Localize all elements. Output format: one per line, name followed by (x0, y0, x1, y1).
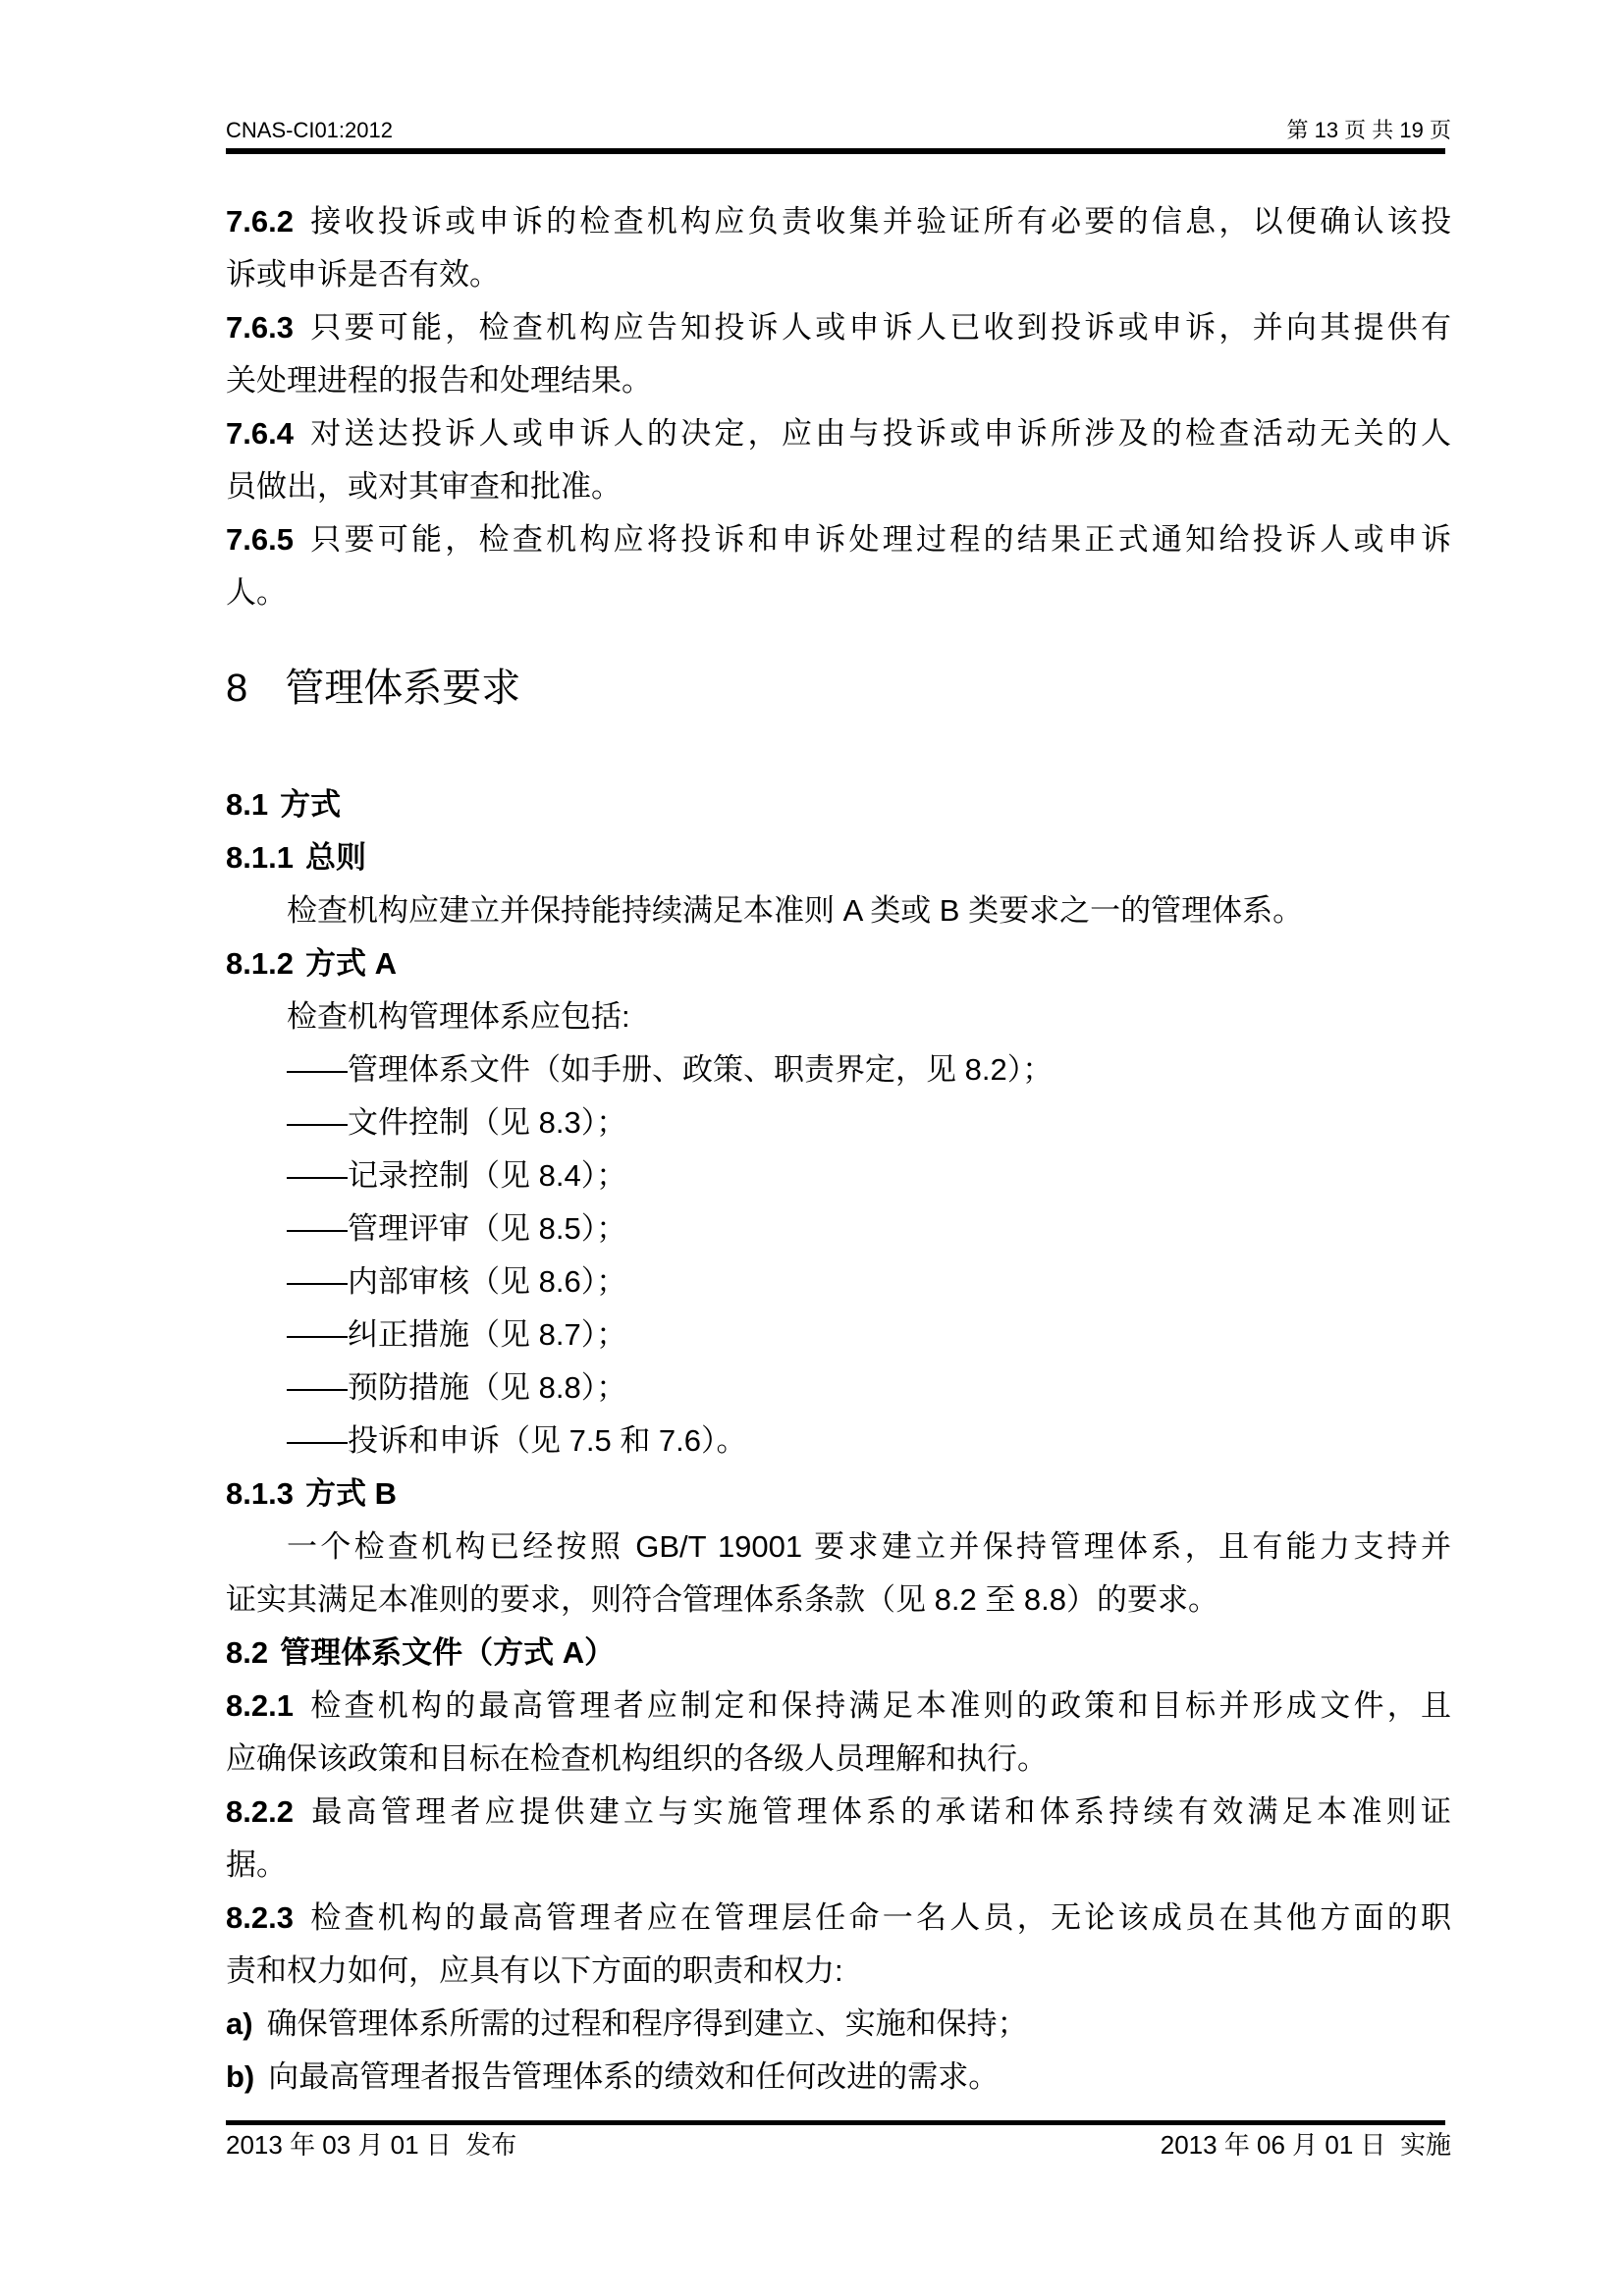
clause-number: 7.6.5 (226, 522, 294, 557)
document-body: 7.6.2接收投诉或申诉的检查机构应负责收集并验证所有必要的信息，以便确认该投诉… (226, 195, 1451, 2104)
heading-number: 8.1 (226, 787, 268, 822)
clause-paragraph: 7.6.5只要可能，检查机构应将投诉和申诉处理过程的结果正式通知给投诉人或申诉人… (226, 513, 1451, 619)
clause-number: 7.6.3 (226, 310, 294, 345)
dash-list-item: ——内部审核（见 8.6）； (226, 1255, 1451, 1308)
clause-number: 7.6.2 (226, 204, 294, 239)
text-line: 检查机构管理体系应包括: (226, 990, 1451, 1043)
clause-paragraph: 7.6.2接收投诉或申诉的检查机构应负责收集并验证所有必要的信息，以便确认该投诉… (226, 195, 1451, 301)
text-line: ——文件控制（见 8.3）； (226, 1096, 1451, 1149)
text-line: ——记录控制（见 8.4）； (226, 1149, 1451, 1202)
clause-number: 7.6.4 (226, 416, 294, 451)
header-rule (226, 148, 1445, 154)
text-line: ——管理体系文件（如手册、政策、职责界定，见 8.2）； (226, 1043, 1451, 1096)
footer-implement-date: 2013 年 06 月 01 日 实施 (1161, 2128, 1451, 2162)
dash-list-item: ——纠正措施（见 8.7）； (226, 1308, 1451, 1362)
dash-list-item: ——管理评审（见 8.5）； (226, 1202, 1451, 1255)
text-line: 责和权力如何，应具有以下方面的职责和权力: (226, 1945, 1451, 1998)
subsection-heading: 8.2管理体系文件（方式 A） (226, 1627, 1451, 1680)
text-line: 8.2.3检查机构的最高管理者应在管理层任命一名人员，无论该成员在其他方面的职 (226, 1892, 1451, 1945)
heading-text: 管理体系要求 (285, 667, 520, 710)
heading-number: 8.1.1 (226, 840, 294, 875)
clause-paragraph: 7.6.4对送达投诉人或申诉人的决定，应由与投诉或申诉所涉及的检查活动无关的人员… (226, 407, 1451, 513)
dash-list-item: ——文件控制（见 8.3）； (226, 1096, 1451, 1149)
clause-paragraph: a)确保管理体系所需的过程和程序得到建立、实施和保持； (226, 1998, 1451, 2051)
footer-rule (226, 2120, 1445, 2125)
text-line: 证实其满足本准则的要求，则符合管理体系条款（见 8.2 至 8.8）的要求。 (226, 1574, 1451, 1627)
dash-list-item: ——预防措施（见 8.8）； (226, 1362, 1451, 1415)
heading-text: 方式 (280, 787, 341, 822)
indent-paragraph: 检查机构应建立并保持能持续满足本准则 A 类或 B 类要求之一的管理体系。 (226, 884, 1451, 937)
text-line: ——管理评审（见 8.5）； (226, 1202, 1451, 1255)
text-line: 关处理进程的报告和处理结果。 (226, 354, 1451, 407)
dash-list-item: ——记录控制（见 8.4）； (226, 1149, 1451, 1202)
dash-list-item: ——投诉和申诉（见 7.5 和 7.6）。 (226, 1415, 1451, 1468)
heading-text: 总则 (305, 840, 366, 875)
text-line: ——内部审核（见 8.6）； (226, 1255, 1451, 1308)
text-line: 8.2.1检查机构的最高管理者应制定和保持满足本准则的政策和目标并形成文件，且 (226, 1680, 1451, 1733)
text-line: ——纠正措施（见 8.7）； (226, 1308, 1451, 1362)
page-header: CNAS-CI01:2012 第 13 页 共 19 页 (226, 116, 1451, 145)
footer-issue-date: 2013 年 03 月 01 日 发布 (226, 2128, 516, 2162)
clause-number: 8.2.2 (226, 1794, 294, 1829)
dash-list-item: ——管理体系文件（如手册、政策、职责界定，见 8.2）； (226, 1043, 1451, 1096)
page-footer: 2013 年 03 月 01 日 发布 2013 年 06 月 01 日 实施 (226, 2128, 1451, 2162)
clause-number: 8.2.3 (226, 1900, 294, 1935)
text-line: 员做出，或对其审查和批准。 (226, 460, 1451, 513)
heading-text: 管理体系文件（方式 A） (280, 1635, 615, 1670)
subsection-heading: 8.1.3方式 B (226, 1468, 1451, 1521)
text-line: ——预防措施（见 8.8）； (226, 1362, 1451, 1415)
clause-paragraph: 7.6.3只要可能，检查机构应告知投诉人或申诉人已收到投诉或申诉，并向其提供有关… (226, 301, 1451, 407)
header-doc-code: CNAS-CI01:2012 (226, 116, 393, 145)
clause-number: b) (226, 2059, 254, 2094)
text-line: 人。 (226, 566, 1451, 619)
text-line: b)向最高管理者报告管理体系的绩效和任何改进的需求。 (226, 2051, 1451, 2104)
heading-text: 方式 A (305, 946, 397, 981)
text-line: 8.2.2最高管理者应提供建立与实施管理体系的承诺和体系持续有效满足本准则证 (226, 1786, 1451, 1839)
heading-number: 8.2 (226, 1635, 268, 1670)
subsection-heading: 8.1方式 (226, 778, 1451, 831)
indent-paragraph: 一个检查机构已经按照 GB/T 19001 要求建立并保持管理体系，且有能力支持… (226, 1521, 1451, 1627)
text-line: 诉或申诉是否有效。 (226, 248, 1451, 301)
heading-number: 8.1.3 (226, 1476, 294, 1511)
text-line: 检查机构应建立并保持能持续满足本准则 A 类或 B 类要求之一的管理体系。 (226, 884, 1451, 937)
text-line: ——投诉和申诉（见 7.5 和 7.6）。 (226, 1415, 1451, 1468)
clause-number: a) (226, 2006, 253, 2041)
subsection-heading: 8.1.1总则 (226, 831, 1451, 884)
clause-number: 8.2.1 (226, 1688, 294, 1723)
clause-paragraph: b)向最高管理者报告管理体系的绩效和任何改进的需求。 (226, 2051, 1451, 2104)
text-line: 7.6.5只要可能，检查机构应将投诉和申诉处理过程的结果正式通知给投诉人或申诉 (226, 513, 1451, 566)
subsection-heading: 8.1.2方式 A (226, 937, 1451, 990)
text-line: 7.6.2接收投诉或申诉的检查机构应负责收集并验证所有必要的信息，以便确认该投 (226, 195, 1451, 248)
text-line: 据。 (226, 1839, 1451, 1892)
section-heading: 8管理体系要求 (226, 661, 1451, 716)
text-line: 应确保该政策和目标在检查机构组织的各级人员理解和执行。 (226, 1733, 1451, 1786)
text-line: a)确保管理体系所需的过程和程序得到建立、实施和保持； (226, 1998, 1451, 2051)
header-page-indicator: 第 13 页 共 19 页 (1286, 116, 1451, 145)
document-page: CNAS-CI01:2012 第 13 页 共 19 页 7.6.2接收投诉或申… (0, 0, 1623, 2296)
text-line: 7.6.3只要可能，检查机构应告知投诉人或申诉人已收到投诉或申诉，并向其提供有 (226, 301, 1451, 354)
clause-paragraph: 8.2.3检查机构的最高管理者应在管理层任命一名人员，无论该成员在其他方面的职责… (226, 1892, 1451, 1998)
text-line: 7.6.4对送达投诉人或申诉人的决定，应由与投诉或申诉所涉及的检查活动无关的人 (226, 407, 1451, 460)
indent-paragraph: 检查机构管理体系应包括: (226, 990, 1451, 1043)
heading-text: 方式 B (305, 1476, 397, 1511)
heading-number: 8 (226, 667, 247, 710)
clause-paragraph: 8.2.2最高管理者应提供建立与实施管理体系的承诺和体系持续有效满足本准则证据。 (226, 1786, 1451, 1892)
heading-number: 8.1.2 (226, 946, 294, 981)
clause-paragraph: 8.2.1检查机构的最高管理者应制定和保持满足本准则的政策和目标并形成文件，且应… (226, 1680, 1451, 1786)
text-line: 一个检查机构已经按照 GB/T 19001 要求建立并保持管理体系，且有能力支持… (226, 1521, 1451, 1574)
